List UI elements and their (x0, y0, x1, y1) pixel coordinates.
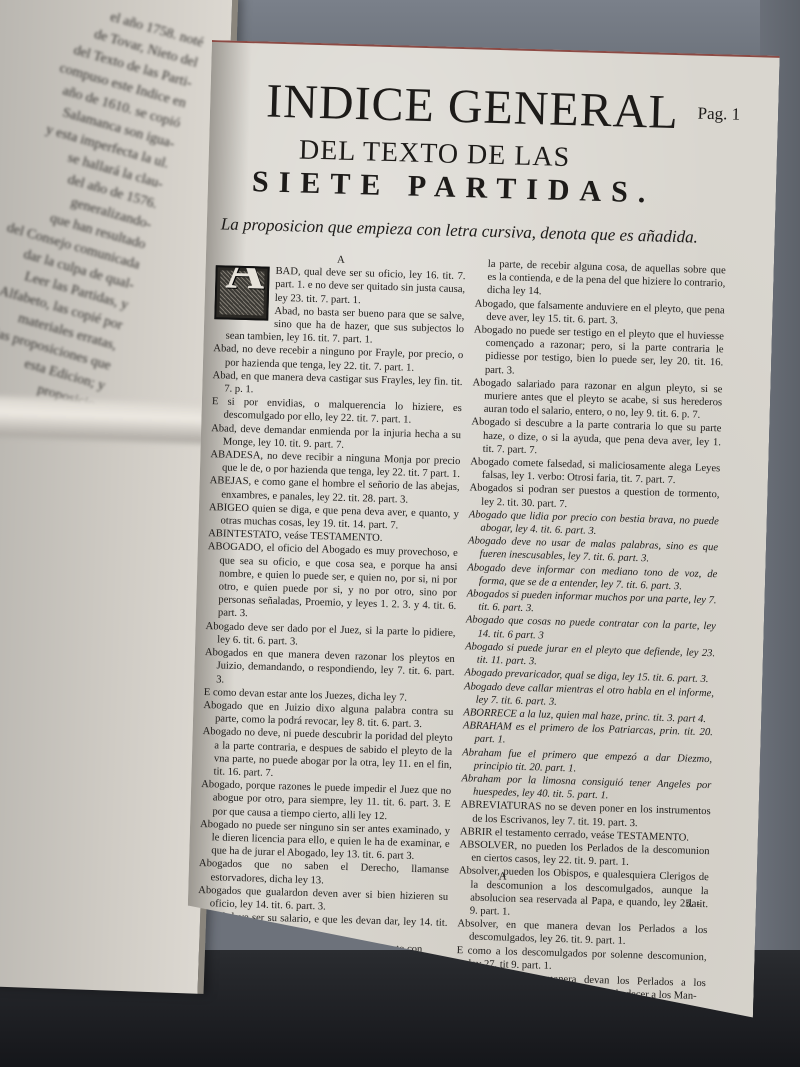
index-entry: Abogado salariado para razonar en algun … (472, 376, 723, 423)
index-entry: Abogado si descubre a la parte contraria… (471, 416, 722, 463)
index-entry: Abogado, porque razones le puede impedir… (200, 778, 451, 825)
index-entry: la parte, de recebir alguna cosa, de aqu… (475, 257, 726, 304)
woodcut-initial-icon: A (214, 265, 269, 320)
signature-mark: A (499, 870, 507, 882)
right-column: la parte, de recebir alguna cosa, de aqu… (455, 257, 726, 1003)
index-entry: ABOGADO, el oficio del Abogado es muy pr… (206, 541, 458, 627)
left-column: A A BAD, qual deve ser su oficio, ley 16… (197, 250, 466, 956)
index-entry: Abogado no puede ser testigo en el pleyt… (473, 323, 724, 383)
page-title-line3: SIETE PARTIDAS. (252, 165, 656, 210)
page-number: Pag. 1 (697, 104, 740, 125)
index-entry: Abogados en que manera deven razonar los… (204, 646, 455, 693)
index-page: Pag. 1 INDICE GENERAL DEL TEXTO DE LAS S… (185, 40, 780, 1017)
page-title: INDICE GENERAL (266, 74, 680, 140)
catchword: da- (686, 898, 700, 910)
index-entry: E qual deve ser su salario, e que les de… (197, 910, 448, 943)
page-fold-crease (0, 396, 218, 444)
page-subtitle-note: La proposicion que empieza con letra cur… (221, 214, 699, 247)
index-entry: Absolver, pueden los Obispos, e qualesqu… (458, 865, 709, 925)
previous-page-text: el año 1758. noté de Tovar, Nieto del de… (0, 0, 206, 417)
index-entry: Abogado no deve, ni puede descubrir la p… (201, 725, 452, 785)
index-entry: Abogado no puede ser ninguno sin ser ant… (199, 818, 450, 865)
